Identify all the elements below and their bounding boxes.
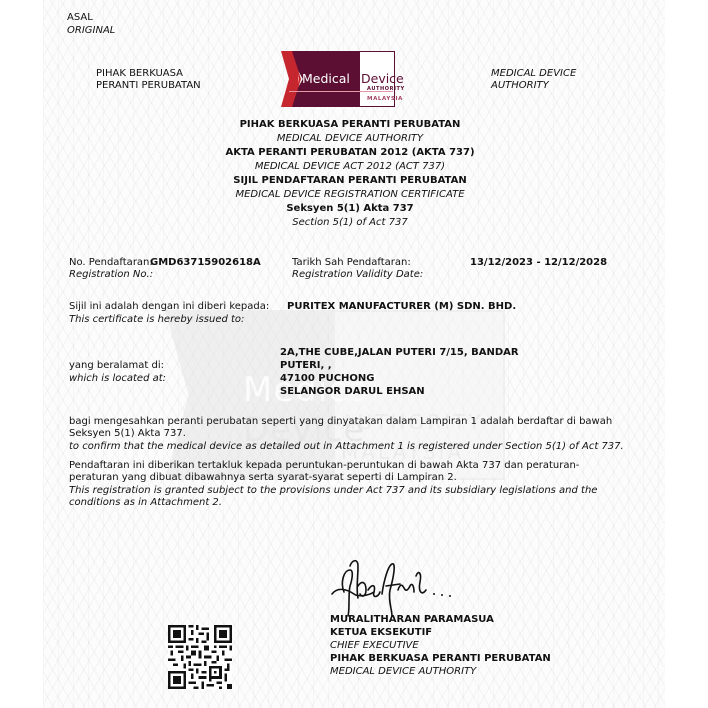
copy-label-en: ORIGINAL	[67, 25, 115, 38]
issued-label-en: This certificate is hereby issued to:	[69, 314, 244, 327]
reg-number-value: GMD63715902618A	[150, 257, 261, 270]
signatory-title-ms: KETUA EKSEKUTIF	[330, 627, 432, 640]
address-line-2: PUTERI, ,	[280, 360, 332, 373]
validity-value: 13/12/2023 - 12/12/2028	[470, 257, 607, 270]
terms-en-line1: This registration is granted subject to …	[69, 485, 597, 498]
logo-authority: AUTHORITY	[367, 86, 405, 92]
mda-logo: Medical Device AUTHORITY MALAYSIA	[281, 51, 395, 107]
qr-code-icon[interactable]	[168, 625, 232, 689]
address-line-4: SELANGOR DARUL EHSAN	[280, 386, 425, 399]
terms-ms-line1: Pendaftaran ini diberikan tertakluk kepa…	[69, 460, 579, 473]
signatory-org-en: MEDICAL DEVICE AUTHORITY	[330, 666, 476, 679]
authority-ms-line1: PIHAK BERKUASA	[96, 68, 183, 81]
signatory-org-ms: PIHAK BERKUASA PERANTI PERUBATAN	[330, 653, 551, 666]
logo-word-device: Device	[361, 71, 404, 86]
signature-image	[328, 556, 468, 618]
address-label-en: which is located at:	[69, 373, 166, 386]
signatory-name: MURALITHARAN PARAMASUA	[330, 614, 494, 627]
title-cert-ms: SIJIL PENDAFTARAN PERANTI PERUBATAN	[140, 175, 560, 188]
issued-label-ms: Sijil ini adalah dengan ini diberi kepad…	[69, 301, 269, 314]
address-line-1: 2A,THE CUBE,JALAN PUTERI 7/15, BANDAR	[280, 347, 519, 360]
title-section-en: Section 5(1) of Act 737	[140, 217, 560, 230]
address-line-3: 47100 PUCHONG	[280, 373, 375, 386]
terms-en-line2: conditions as in Attachment 2.	[69, 497, 222, 510]
authority-en-line1: MEDICAL DEVICE	[491, 68, 576, 81]
title-cert-en: MEDICAL DEVICE REGISTRATION CERTIFICATE	[140, 189, 560, 202]
logo-word-medical: Medical	[302, 71, 350, 86]
logo-malaysia: MALAYSIA	[367, 96, 403, 102]
reg-number-label-en: Registration No.:	[69, 269, 153, 282]
authority-ms-line2: PERANTI PERUBATAN	[96, 80, 201, 93]
title-act-en: MEDICAL DEVICE ACT 2012 (ACT 737)	[140, 161, 560, 174]
title-act-ms: AKTA PERANTI PERUBATAN 2012 (AKTA 737)	[140, 147, 560, 160]
confirm-ms-line2: Seksyen 5(1) Akta 737.	[69, 428, 186, 441]
validity-label-ms: Tarikh Sah Pendaftaran:	[292, 257, 411, 270]
authority-en-line2: AUTHORITY	[491, 80, 549, 93]
title-section-ms: Seksyen 5(1) Akta 737	[140, 203, 560, 216]
confirm-ms-line1: bagi mengesahkan peranti perubatan seper…	[69, 416, 612, 429]
terms-ms-line2: peraturan yang dibuat dibawahnya serta s…	[69, 472, 457, 485]
title-authority-ms: PIHAK BERKUASA PERANTI PERUBATAN	[140, 119, 560, 132]
address-label-ms: yang beralamat di:	[69, 360, 164, 373]
reg-number-label-ms: No. Pendaftaran:	[69, 257, 153, 270]
title-authority-en: MEDICAL DEVICE AUTHORITY	[140, 133, 560, 146]
confirm-en: to confirm that the medical device as de…	[69, 441, 624, 454]
copy-label-ms: ASAL	[67, 12, 93, 25]
company-name: PURITEX MANUFACTURER (M) SDN. BHD.	[287, 301, 516, 314]
signatory-title-en: CHIEF EXECUTIVE	[330, 640, 419, 653]
validity-label-en: Registration Validity Date:	[292, 269, 423, 282]
